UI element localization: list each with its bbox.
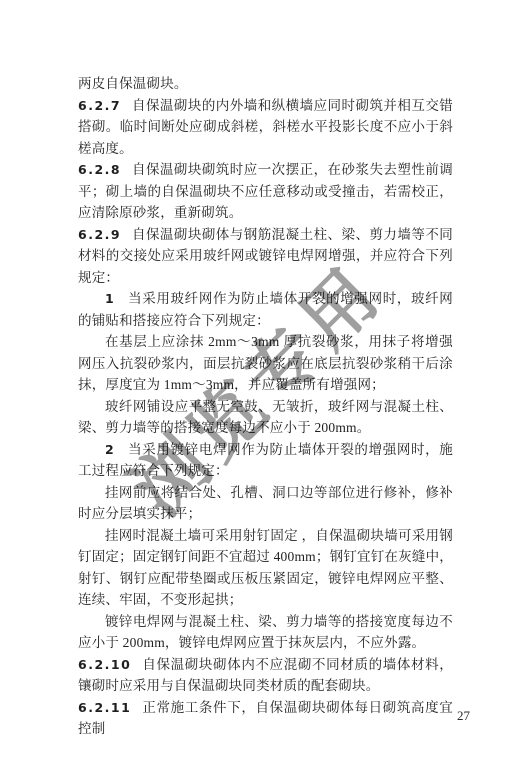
- paragraph-text: 挂网前应将结合处、孔槽、洞口边等部位进行修补，修补时应分层填实抹平；: [78, 485, 453, 522]
- clause-number: 6.2.10: [78, 657, 131, 672]
- document-body: 两皮自保温砌块。6.2.7自保温砌块的内外墙和纵横墙应同时砌筑并相互交错搭砌。临…: [78, 73, 453, 740]
- paragraph-text: 正常施工条件下，自保温砌块砌体每日砌筑高度宜控制: [78, 700, 453, 737]
- paragraph-text: 当采用镀锌电焊网作为防止墙体开裂的增强网时，施工过程应符合下列规定：: [78, 442, 453, 479]
- paragraph-text: 自保温砌块砌体与钢筋混凝土柱、梁、剪力墙等不同材料的交接处应采用玻纤网或镀锌电焊…: [78, 227, 453, 285]
- clause-number: 6.2.7: [78, 98, 121, 113]
- paragraph: 在基层上应涂抹 2mm～3mm 厚抗裂砂浆，用抹子将增强网压入抗裂砂浆内，面层抗…: [78, 331, 453, 396]
- paragraph-text: 在基层上应涂抹 2mm～3mm 厚抗裂砂浆，用抹子将增强网压入抗裂砂浆内，面层抗…: [78, 334, 453, 392]
- clause-number: 6.2.11: [78, 700, 131, 715]
- paragraph-text: 镀锌电焊网与混凝土柱、梁、剪力墙等的搭接宽度每边不应小于 200mm，镀锌电焊网…: [78, 614, 453, 651]
- paragraph: 玻纤网铺设应平整无空鼓、无皱折，玻纤网与混凝土柱、梁、剪力墙等的搭接宽度每边不应…: [78, 396, 453, 439]
- paragraph: 6.2.9自保温砌块砌体与钢筋混凝土柱、梁、剪力墙等不同材料的交接处应采用玻纤网…: [78, 224, 453, 289]
- paragraph-text: 当采用玻纤网作为防止墙体开裂的增强网时，玻纤网的铺贴和搭接应符合下列规定：: [78, 291, 453, 328]
- paragraph-text: 两皮自保温砌块。: [78, 76, 188, 91]
- paragraph: 6.2.8自保温砌块砌筑时应一次摆正，在砂浆失去塑性前调平；砌上墙的自保温砌块不…: [78, 159, 453, 224]
- clause-number: 6.2.8: [78, 162, 121, 177]
- paragraph: 6.2.10自保温砌块砌体内不应混砌不同材质的墙体材料，镶砌时应采用与自保温砌块…: [78, 654, 453, 697]
- page: 浏览专用 两皮自保温砌块。6.2.7自保温砌块的内外墙和纵横墙应同时砌筑并相互交…: [0, 0, 529, 767]
- paragraph-text: 玻纤网铺设应平整无空鼓、无皱折，玻纤网与混凝土柱、梁、剪力墙等的搭接宽度每边不应…: [78, 399, 453, 436]
- clause-number: 6.2.9: [78, 227, 121, 242]
- page-number: 27: [457, 708, 470, 724]
- clause-number: 1: [105, 291, 114, 306]
- paragraph-text: 自保温砌块砌体内不应混砌不同材质的墙体材料，镶砌时应采用与自保温砌块同类材质的配…: [78, 657, 453, 694]
- paragraph: 挂网前应将结合处、孔槽、洞口边等部位进行修补，修补时应分层填实抹平；: [78, 482, 453, 525]
- paragraph: 挂网时混凝土墙可采用射钉固定 ，自保温砌块墙可采用钢钉固定；固定钢钉间距不宜超过…: [78, 525, 453, 611]
- paragraph: 6.2.11正常施工条件下，自保温砌块砌体每日砌筑高度宜控制: [78, 697, 453, 740]
- paragraph: 镀锌电焊网与混凝土柱、梁、剪力墙等的搭接宽度每边不应小于 200mm，镀锌电焊网…: [78, 611, 453, 654]
- paragraph: 6.2.7自保温砌块的内外墙和纵横墙应同时砌筑并相互交错搭砌。临时间断处应砌成斜…: [78, 95, 453, 160]
- paragraph: 1当采用玻纤网作为防止墙体开裂的增强网时，玻纤网的铺贴和搭接应符合下列规定：: [78, 288, 453, 331]
- clause-number: 2: [105, 442, 114, 457]
- paragraph: 2当采用镀锌电焊网作为防止墙体开裂的增强网时，施工过程应符合下列规定：: [78, 439, 453, 482]
- paragraph-text: 挂网时混凝土墙可采用射钉固定 ，自保温砌块墙可采用钢钉固定；固定钢钉间距不宜超过…: [78, 528, 453, 608]
- paragraph: 两皮自保温砌块。: [78, 73, 453, 95]
- paragraph-text: 自保温砌块的内外墙和纵横墙应同时砌筑并相互交错搭砌。临时间断处应砌成斜槎，斜槎水…: [78, 98, 453, 156]
- paragraph-text: 自保温砌块砌筑时应一次摆正，在砂浆失去塑性前调平；砌上墙的自保温砌块不应任意移动…: [78, 162, 453, 220]
